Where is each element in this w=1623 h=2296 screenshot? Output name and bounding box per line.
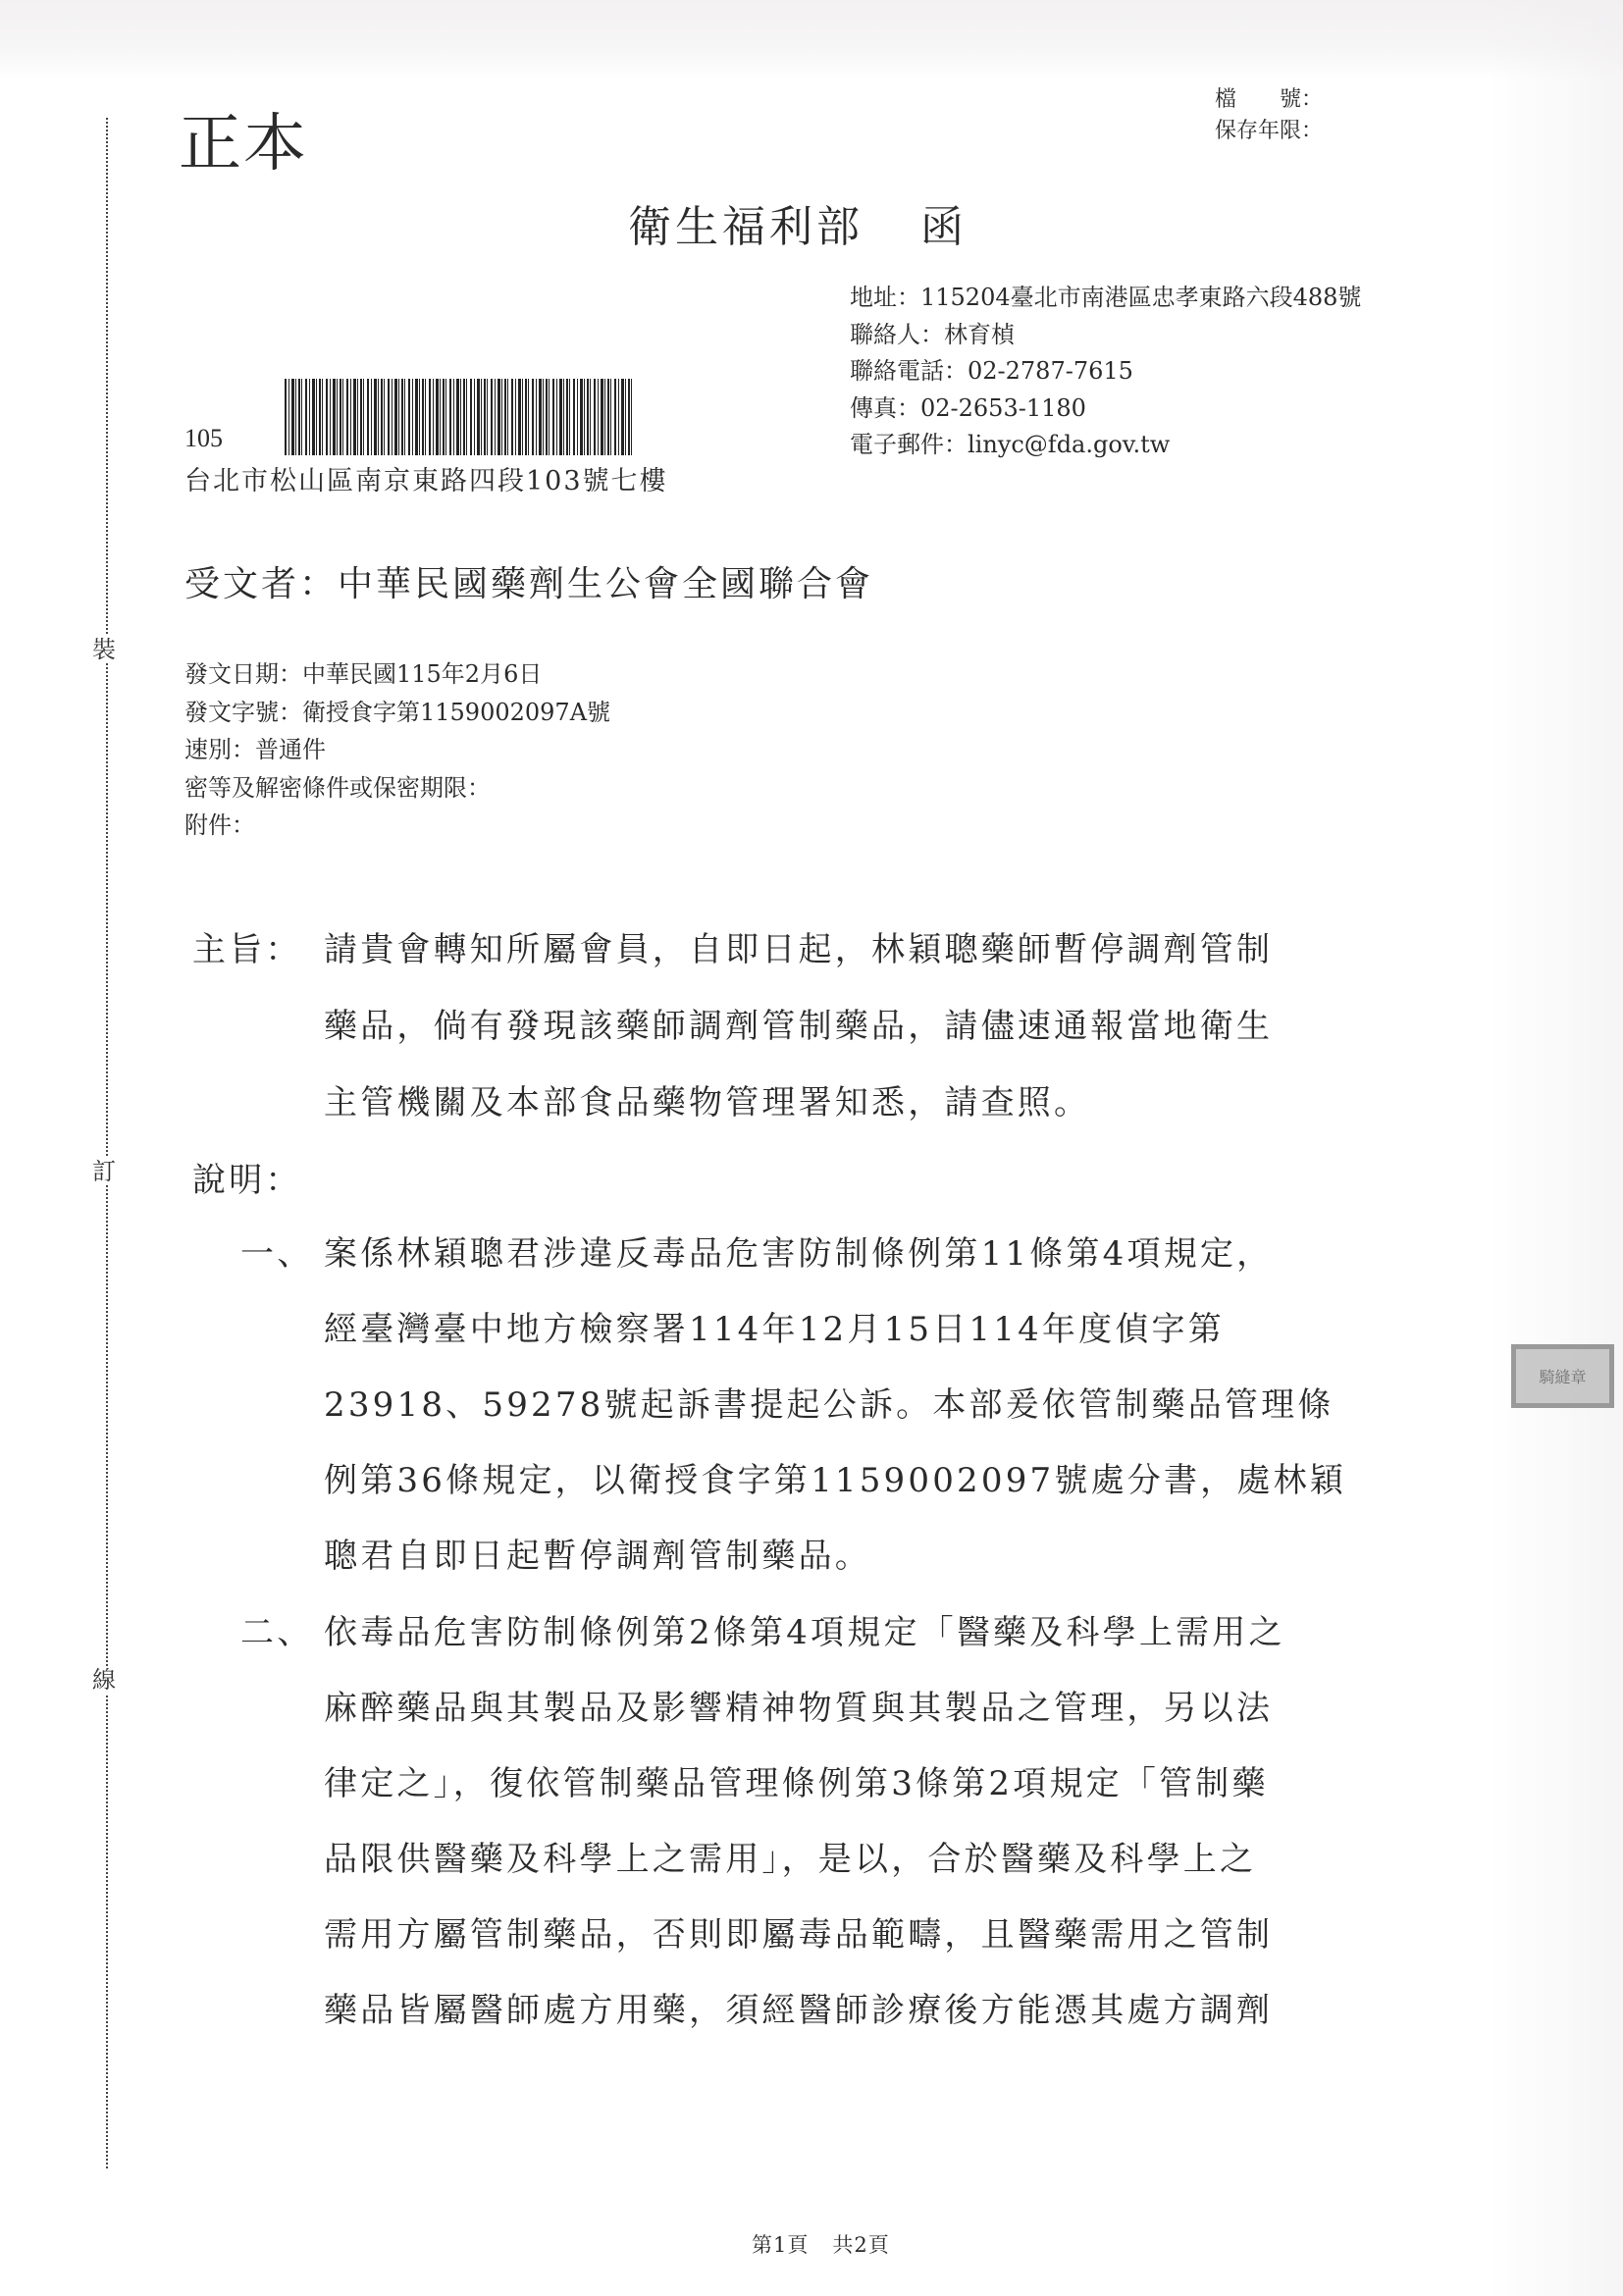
document-type: 函 — [920, 202, 968, 252]
item-line: 例第36條規定，以衛授食字第1159002097號處分書，處林穎 — [324, 1453, 1346, 1501]
document-meta: 發文日期：中華民國115年2月6日 發文字號：衛授食字第1159002097A號… — [184, 655, 610, 845]
page-total: 共2頁 — [832, 2233, 889, 2257]
issuing-organization: 衛生福利部 — [628, 202, 864, 252]
seam-seal-stamp: 騎縫章 — [1511, 1344, 1614, 1408]
file-number-label: 檔 號： — [1215, 84, 1323, 116]
document-title: 衛生福利部函 — [628, 191, 968, 254]
retention-period-label: 保存年限： — [1215, 116, 1323, 147]
file-meta: 檔 號： 保存年限： — [1215, 84, 1323, 147]
sender-address: 地址：115204臺北市南港區忠孝東路六段488號 — [850, 280, 1361, 317]
item-line: 經臺灣臺中地方檢察署114年12月15日114年度偵字第 — [324, 1302, 1225, 1350]
reference-number: 發文字號：衛授食字第1159002097A號 — [184, 694, 610, 732]
binding-mark-zhuang: 裝 — [92, 636, 116, 663]
subject-line: 請貴會轉知所屬會員，自即日起，林穎聰藥師暫停調劑管制 — [324, 922, 1273, 970]
original-copy-mark: 正本 — [179, 93, 308, 183]
item-line: 需用方屬管制藥品，否則即屬毒品範疇，且醫藥需用之管制 — [324, 1907, 1273, 1956]
scan-shadow-top — [0, 0, 1623, 78]
item-line: 依毒品危害防制條例第2條第4項規定「醫藥及科學上需用之 — [324, 1605, 1285, 1653]
binding-margin-line — [106, 118, 108, 2168]
item-number: 一、 — [240, 1226, 313, 1275]
mailing-postcode: 105 — [184, 424, 223, 453]
classification: 密等及解密條件或保密期限： — [184, 769, 610, 808]
binding-mark-xian: 線 — [92, 1666, 116, 1694]
page-number: 第1頁共2頁 — [752, 2229, 890, 2259]
sender-email: 電子郵件：linyc@fda.gov.tw — [850, 427, 1361, 464]
item-line: 聰君自即日起暫停調劑管制藥品。 — [324, 1529, 871, 1577]
recipient: 受文者：中華民國藥劑生公會全國聯合會 — [184, 556, 873, 606]
item-line: 案係林穎聰君涉違反毒品危害防制條例第11條第4項規定， — [324, 1226, 1273, 1275]
subject-label: 主旨： — [192, 922, 302, 970]
item-line: 麻醉藥品與其製品及影響精神物質與其製品之管理，另以法 — [324, 1681, 1273, 1729]
attachment: 附件： — [184, 807, 610, 845]
item-line: 品限供醫藥及科學上之需用」，是以，合於醫藥及科學上之 — [324, 1832, 1256, 1880]
sender-info: 地址：115204臺北市南港區忠孝東路六段488號 聯絡人：林育楨 聯絡電話：0… — [850, 280, 1361, 464]
item-line: 23918、59278號起訴書提起公訴。本部爰依管制藥品管理條 — [324, 1378, 1335, 1426]
sender-phone: 聯絡電話：02-2787-7615 — [850, 353, 1361, 391]
subject-line: 主管機關及本部食品藥物管理署知悉，請查照。 — [324, 1075, 1090, 1123]
scan-shadow-right — [1486, 0, 1623, 2296]
item-line: 藥品皆屬醫師處方用藥，須經醫師診療後方能憑其處方調劑 — [324, 1983, 1273, 2031]
mailing-address: 台北市松山區南京東路四段103號七樓 — [184, 459, 668, 497]
item-number: 二、 — [240, 1605, 313, 1653]
issue-date: 發文日期：中華民國115年2月6日 — [184, 655, 610, 694]
page-current: 第1頁 — [752, 2233, 809, 2257]
sender-fax: 傳真：02-2653-1180 — [850, 391, 1361, 428]
explanation-label: 說明： — [192, 1153, 302, 1201]
barcode-icon — [285, 379, 633, 455]
item-line: 律定之」，復依管制藥品管理條例第3條第2項規定「管制藥 — [324, 1756, 1269, 1804]
sender-contact: 聯絡人：林育楨 — [850, 317, 1361, 354]
priority: 速別：普通件 — [184, 731, 610, 769]
subject-line: 藥品，倘有發現該藥師調劑管制藥品，請儘速通報當地衛生 — [324, 999, 1273, 1047]
binding-mark-ding: 訂 — [92, 1158, 116, 1185]
